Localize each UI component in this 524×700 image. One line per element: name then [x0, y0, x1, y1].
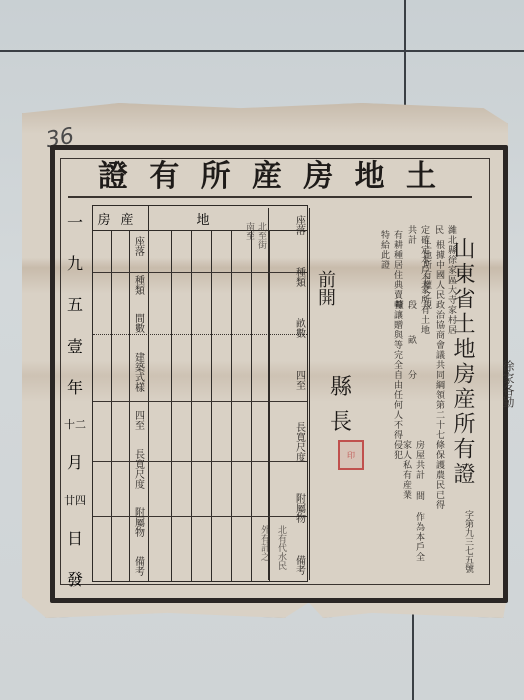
- title-char: 證: [98, 151, 134, 195]
- date-char: 五: [67, 292, 83, 315]
- date-char: 九: [67, 251, 83, 274]
- margin-handwritten-note: 徐家各勤: [500, 360, 517, 500]
- issue-date: 一 九 五 壹 年 十二 月 廿四 日 發: [60, 210, 90, 590]
- row-label: 備考: [292, 555, 307, 575]
- date-char: 廿四: [64, 492, 86, 508]
- row-label: 長寬尺度: [131, 449, 146, 489]
- title-char: 有: [149, 151, 185, 195]
- row-label: 種類: [131, 275, 146, 295]
- grid-line: [231, 230, 232, 581]
- date-char: 日: [67, 526, 83, 549]
- province-certificate-title: 山東省土地房産所有證: [450, 212, 478, 512]
- date-char: 年: [67, 375, 83, 398]
- row-label: 間數: [131, 313, 146, 333]
- red-seal: 印: [338, 440, 364, 470]
- document-title: 證 有 所 産 房 地 土: [68, 148, 472, 198]
- title-char: 土: [406, 151, 442, 195]
- official-prefix: 前開: [312, 270, 338, 306]
- house-row-labels: 座落 種類 間數 建築式樣 四至 長寬尺度 附屬物 備考: [129, 236, 147, 576]
- certificate-number: 字第九三七五號: [462, 510, 475, 590]
- header-house: 房産: [93, 206, 149, 230]
- handwritten-note: 南至: [243, 222, 256, 282]
- header-land: 地: [153, 206, 253, 230]
- row-label: 附屬物: [292, 493, 307, 523]
- grid-line: [191, 230, 192, 581]
- land-row-labels: 座落 種類 畝數 四至 長寬尺度 附屬物 備考: [290, 215, 308, 575]
- row-label: 座落: [131, 236, 146, 256]
- tile-grout-vertical-top: [404, 0, 406, 108]
- title-char: 所: [201, 151, 237, 195]
- grid-line: [251, 230, 252, 581]
- row-label: 長寬尺度: [292, 422, 307, 462]
- handwritten-note: 北有代水民: [275, 525, 288, 580]
- date-char: 一: [67, 210, 83, 233]
- date-char: 壹: [67, 334, 83, 357]
- row-label: 建築式樣: [131, 352, 146, 392]
- tile-grout-vertical-bottom: [412, 610, 414, 700]
- body-line: 有耕種居住典賣轉讓贈與等完全自由任何人不得侵犯特給此證: [378, 230, 404, 460]
- title-char: 房: [303, 151, 339, 195]
- row-label: 附屬物: [131, 507, 146, 537]
- row-label: 備考: [131, 556, 146, 576]
- date-char: 十二: [64, 416, 86, 432]
- handwritten-note: 北至街: [255, 222, 268, 282]
- date-char: 月: [67, 450, 83, 473]
- row-label: 四至: [131, 410, 146, 430]
- grid-line: [171, 230, 172, 581]
- row-label: 座落: [292, 215, 307, 235]
- official-title-head: 長: [330, 405, 352, 436]
- row-label: 四至: [292, 370, 307, 390]
- official-title-county: 縣: [330, 370, 352, 401]
- handwritten-note: 外有計之: [258, 525, 271, 580]
- row-label: 種類: [292, 267, 307, 287]
- title-char: 地: [355, 151, 391, 195]
- title-divider: [68, 196, 472, 198]
- title-char: 産: [252, 151, 288, 195]
- row-label: 畝數: [292, 318, 307, 338]
- date-char: 發: [67, 567, 83, 590]
- grid-line: [211, 230, 212, 581]
- tile-grout-horizontal-top: [0, 50, 524, 52]
- grid-line: [111, 230, 112, 581]
- grid-line: [148, 230, 149, 581]
